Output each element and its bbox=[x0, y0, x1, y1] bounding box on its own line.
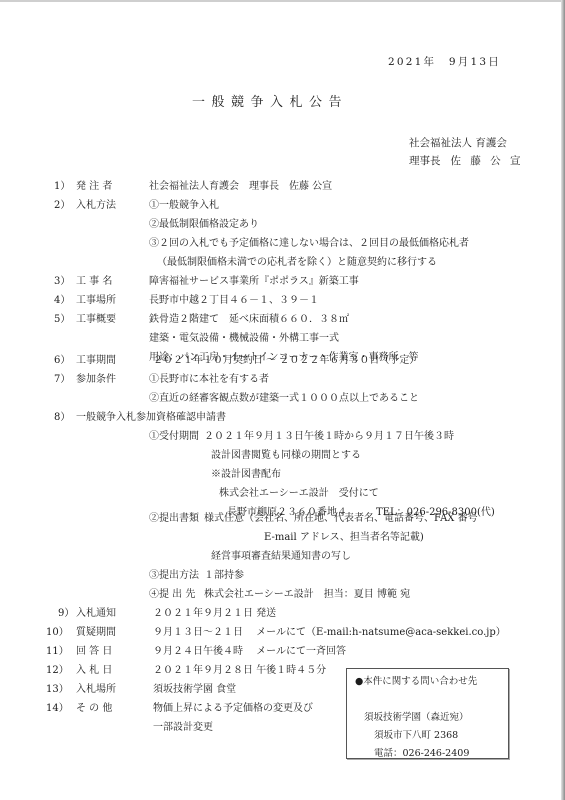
item-label: 工事場所 bbox=[76, 296, 116, 306]
item-content: 社会福祉法人育護会 理事長 佐藤 公宣 bbox=[149, 182, 332, 192]
item-content-line: 建築・電気設備・機械設備・外構工事一式 bbox=[149, 334, 339, 344]
page-edge-right bbox=[561, 0, 565, 800]
item-number: 14） bbox=[46, 704, 69, 714]
item-number: 13） bbox=[46, 685, 69, 695]
item-number: 1） bbox=[54, 182, 70, 192]
item-content-line: ③２回の入札でも予定価格に達しない場合は、２回目の最低価格応札者 bbox=[149, 239, 469, 249]
reception-label: ①受付期間 bbox=[149, 432, 199, 442]
contact-heading: ●本件に関する問い合わせ先 bbox=[355, 677, 477, 687]
issuer-representative: 理事長佐 藤 公 宣 bbox=[409, 156, 524, 167]
documents-label: ②提出書類 bbox=[149, 514, 199, 524]
method-value: １部持参 bbox=[204, 571, 244, 581]
reception-note: 設計図書閲覧も同様の期間とする bbox=[211, 451, 361, 461]
item-label: 入札通知 bbox=[76, 609, 116, 619]
item-content-line: ②最低制限価格設定あり bbox=[149, 220, 259, 230]
item-number: 8） bbox=[54, 413, 70, 423]
item-label: 入札場所 bbox=[76, 685, 116, 695]
method-label: ③提出方法 bbox=[149, 571, 199, 581]
item-label: 工事期間 bbox=[76, 356, 116, 366]
item-label: 入札方法 bbox=[76, 201, 116, 211]
item-number: 2） bbox=[54, 201, 70, 211]
issuer-organization: 社会福祉法人 育護会 bbox=[409, 138, 507, 149]
item-label: 工事概要 bbox=[76, 315, 116, 325]
destination-label: ④提 出 先 bbox=[149, 590, 195, 600]
distribution-heading: ※設計図書配布 bbox=[211, 470, 281, 480]
item-label: 回 答 日 bbox=[76, 647, 112, 657]
item-content-line: 鉄骨造２階建て 延べ床面積６６０．３８㎡ bbox=[149, 315, 349, 325]
contact-address: 須坂市下八町 2368 bbox=[374, 731, 458, 741]
item-label: そ の 他 bbox=[76, 704, 112, 714]
item-content-line: 物価上昇による予定価格の変更及び bbox=[153, 704, 313, 714]
item-label: 参加条件 bbox=[76, 375, 116, 385]
reception-period: ２０２１年９月１３日午後１時から９月１７日午後３時 bbox=[204, 432, 454, 442]
item-number: 6） bbox=[54, 356, 70, 366]
item-content-line: ①一般競争入札 bbox=[149, 201, 219, 211]
item-content: 須坂技術学園 食堂 bbox=[153, 685, 236, 695]
contact-box: ●本件に関する問い合わせ先 須坂技術学園（森近宛） 須坂市下八町 2368 電話… bbox=[346, 668, 509, 759]
item-number: 7） bbox=[54, 375, 70, 385]
item-number: 11） bbox=[46, 647, 69, 657]
item-content: 障害福祉サービス事業所『ポポラス』新築工事 bbox=[149, 277, 359, 287]
item-content: ２０２１年９月２８日 午後１時４５分 bbox=[153, 666, 326, 676]
documents-line: 経営事項審査結果通知書の写し bbox=[211, 552, 351, 562]
documents-line: E-mail アドレス、担当者名等記載) bbox=[264, 533, 424, 543]
contact-phone: 電話：026-246-2409 bbox=[374, 749, 469, 759]
item-content: ２０２１年９月２１日 発送 bbox=[153, 609, 276, 619]
item-number: 5） bbox=[54, 315, 70, 325]
representative-name: 佐 藤 公 宣 bbox=[451, 155, 524, 167]
contact-name: 須坂技術学園（森近宛） bbox=[364, 713, 469, 723]
distribution-company: 株式会社エーシーエ設計 受付にて bbox=[219, 489, 379, 499]
representative-title: 理事長 bbox=[409, 155, 441, 167]
item-number: 9） bbox=[58, 609, 74, 619]
item-content-line: （最低制限価格未満での応札者を除く）と随意契約に移行する bbox=[157, 258, 437, 268]
item-number: 4） bbox=[54, 296, 70, 306]
item-content: 長野市中越２丁目４６－１、３９－１ bbox=[149, 296, 319, 306]
document-title: 一般競争入札公告 bbox=[192, 96, 348, 109]
item-label: 入 札 日 bbox=[76, 666, 112, 676]
destination-value: 株式会社エーシーエ設計 担当：夏目 博範 宛 bbox=[204, 590, 410, 600]
item-number: 12） bbox=[46, 666, 69, 676]
item-content-line: 一部設計変更 bbox=[153, 723, 213, 733]
item-label: 一般競争入札参加資格確認申請書 bbox=[76, 413, 226, 423]
page-edge-top bbox=[0, 0, 565, 2]
item-content: ２０２１年１０月契約日 ～ ２０２２年６月３０日（予定） bbox=[153, 356, 419, 366]
item-content: ９月２４日午後４時 メールにて一斉回答 bbox=[153, 647, 346, 657]
documents-line: 様式任意（会社名、所在地、代表者名、電話番号、FAX 番号 bbox=[204, 514, 478, 524]
item-content: ９月１３日～２１日 メールにて（E-mail:h-natsume@aca-sek… bbox=[153, 628, 506, 638]
item-label: 工 事 名 bbox=[76, 277, 112, 287]
item-label: 発 注 者 bbox=[76, 182, 112, 192]
item-content-line: ①長野市に本社を有する者 bbox=[149, 375, 269, 385]
item-number: 10） bbox=[46, 628, 69, 638]
item-content-line: ②直近の経審客観点数が建築一式１０００点以上であること bbox=[149, 394, 419, 404]
document-date: 2021年 9月13日 bbox=[388, 57, 501, 68]
item-label: 質疑期間 bbox=[76, 628, 116, 638]
item-number: 3） bbox=[54, 277, 70, 287]
